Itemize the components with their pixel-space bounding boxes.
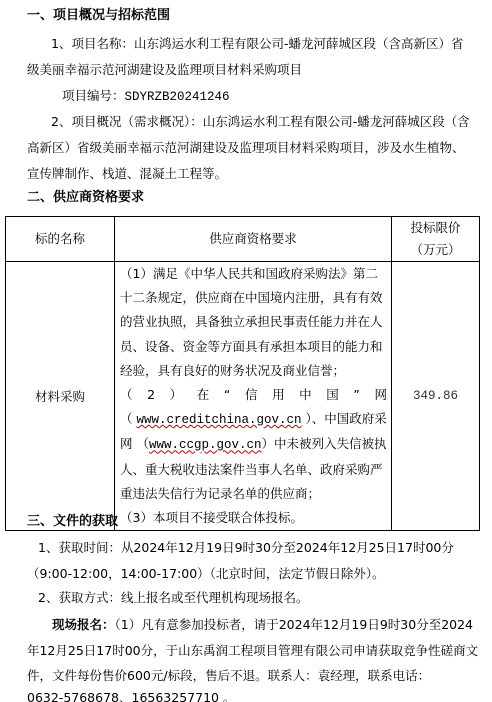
item-name-cell: 材料采购 — [6, 262, 115, 531]
project-overview-line2: 高新区）省级美丽幸福示范河湖建设及监理项目材料采购项目，涉及水生植物、 — [27, 140, 465, 156]
table-row: 材料采购 （1）满足《中华人民共和国政府采购法》第二 十二条规定，供应商在中国境… — [6, 262, 480, 531]
req2-line3: 网 （www.ccgp.gov.cn）中未被列入失信被执行 — [120, 432, 387, 457]
project-overview-line3: 宣传牌制作、栈道、混凝土工程等。 — [27, 166, 227, 182]
project-number: 项目编号：SDYRZB20241246 — [62, 88, 230, 105]
ccgp-link[interactable]: www.ccgp.gov.cn — [149, 438, 262, 452]
project-number-value: SDYRZB20241246 — [125, 90, 230, 104]
header-requirements: 供应商资格要求 — [115, 217, 392, 262]
creditchina-link[interactable]: www.creditchina.gov.cn — [136, 413, 301, 427]
acquisition-time-line1: 1、获取时间：从2024年12月19日9时30分至2024年12月25日17时0… — [38, 540, 454, 556]
onsite-line3: 件，文件每份售价600元/标段，售后不退。联系人：袁经理，联系电话： — [27, 668, 430, 684]
section3-heading: 三、文件的获取 — [27, 514, 118, 530]
header-price-limit: 投标限价 （万元） — [392, 217, 480, 262]
requirements-cell: （1）满足《中华人民共和国政府采购法》第二 十二条规定，供应商在中国境内注册，具… — [115, 262, 392, 531]
project-overview-line1: 2、项目概况（需求概况）：山东鸿运水利工程有限公司-蟠龙河薛城区段（含 — [51, 114, 470, 130]
req2-line2: （ www.creditchina.gov.cn ）、中国政府采购 — [120, 407, 387, 432]
project-name-line1: 1、项目名称：山东鸿运水利工程有限公司-蟠龙河薛城区段（含高新区）省 — [51, 36, 463, 52]
onsite-line1: 现场报名：（1）凡有意参加投标者，请于2024年12月19日9时30分至2024 — [52, 617, 473, 633]
onsite-line2: 年12月25日17时00分，于山东禹润工程项目管理有限公司申请获取竞争性磋商文 — [27, 643, 478, 659]
project-name-line2: 级美丽幸福示范河湖建设及监理项目材料采购项目 — [27, 62, 302, 78]
price-limit-cell: 349.86 — [392, 262, 480, 531]
onsite-contact-phone: 0632-5768678、16563257710 。 — [27, 690, 235, 702]
section1-heading: 一、项目概况与招标范围 — [27, 8, 170, 24]
section2-heading: 二、供应商资格要求 — [27, 190, 144, 206]
acquisition-method: 2、获取方式：线上报名或至代理机构现场报名。 — [38, 590, 308, 606]
onsite-label: 现场报名： — [52, 617, 115, 632]
project-number-label: 项目编号： — [62, 88, 125, 103]
table-header-row: 标的名称 供应商资格要求 投标限价 （万元） — [6, 217, 480, 262]
req2-line1: （ 2 ） 在 “ 信 用 中 国 ” 网 — [120, 383, 387, 407]
header-item-name: 标的名称 — [6, 217, 115, 262]
qualification-table: 标的名称 供应商资格要求 投标限价 （万元） 材料采购 （1）满足《中华人民共和… — [5, 216, 480, 531]
acquisition-time-line2: （9:00-12:00，14:00-17:00）（北京时间，法定节假日除外）。 — [27, 566, 385, 582]
